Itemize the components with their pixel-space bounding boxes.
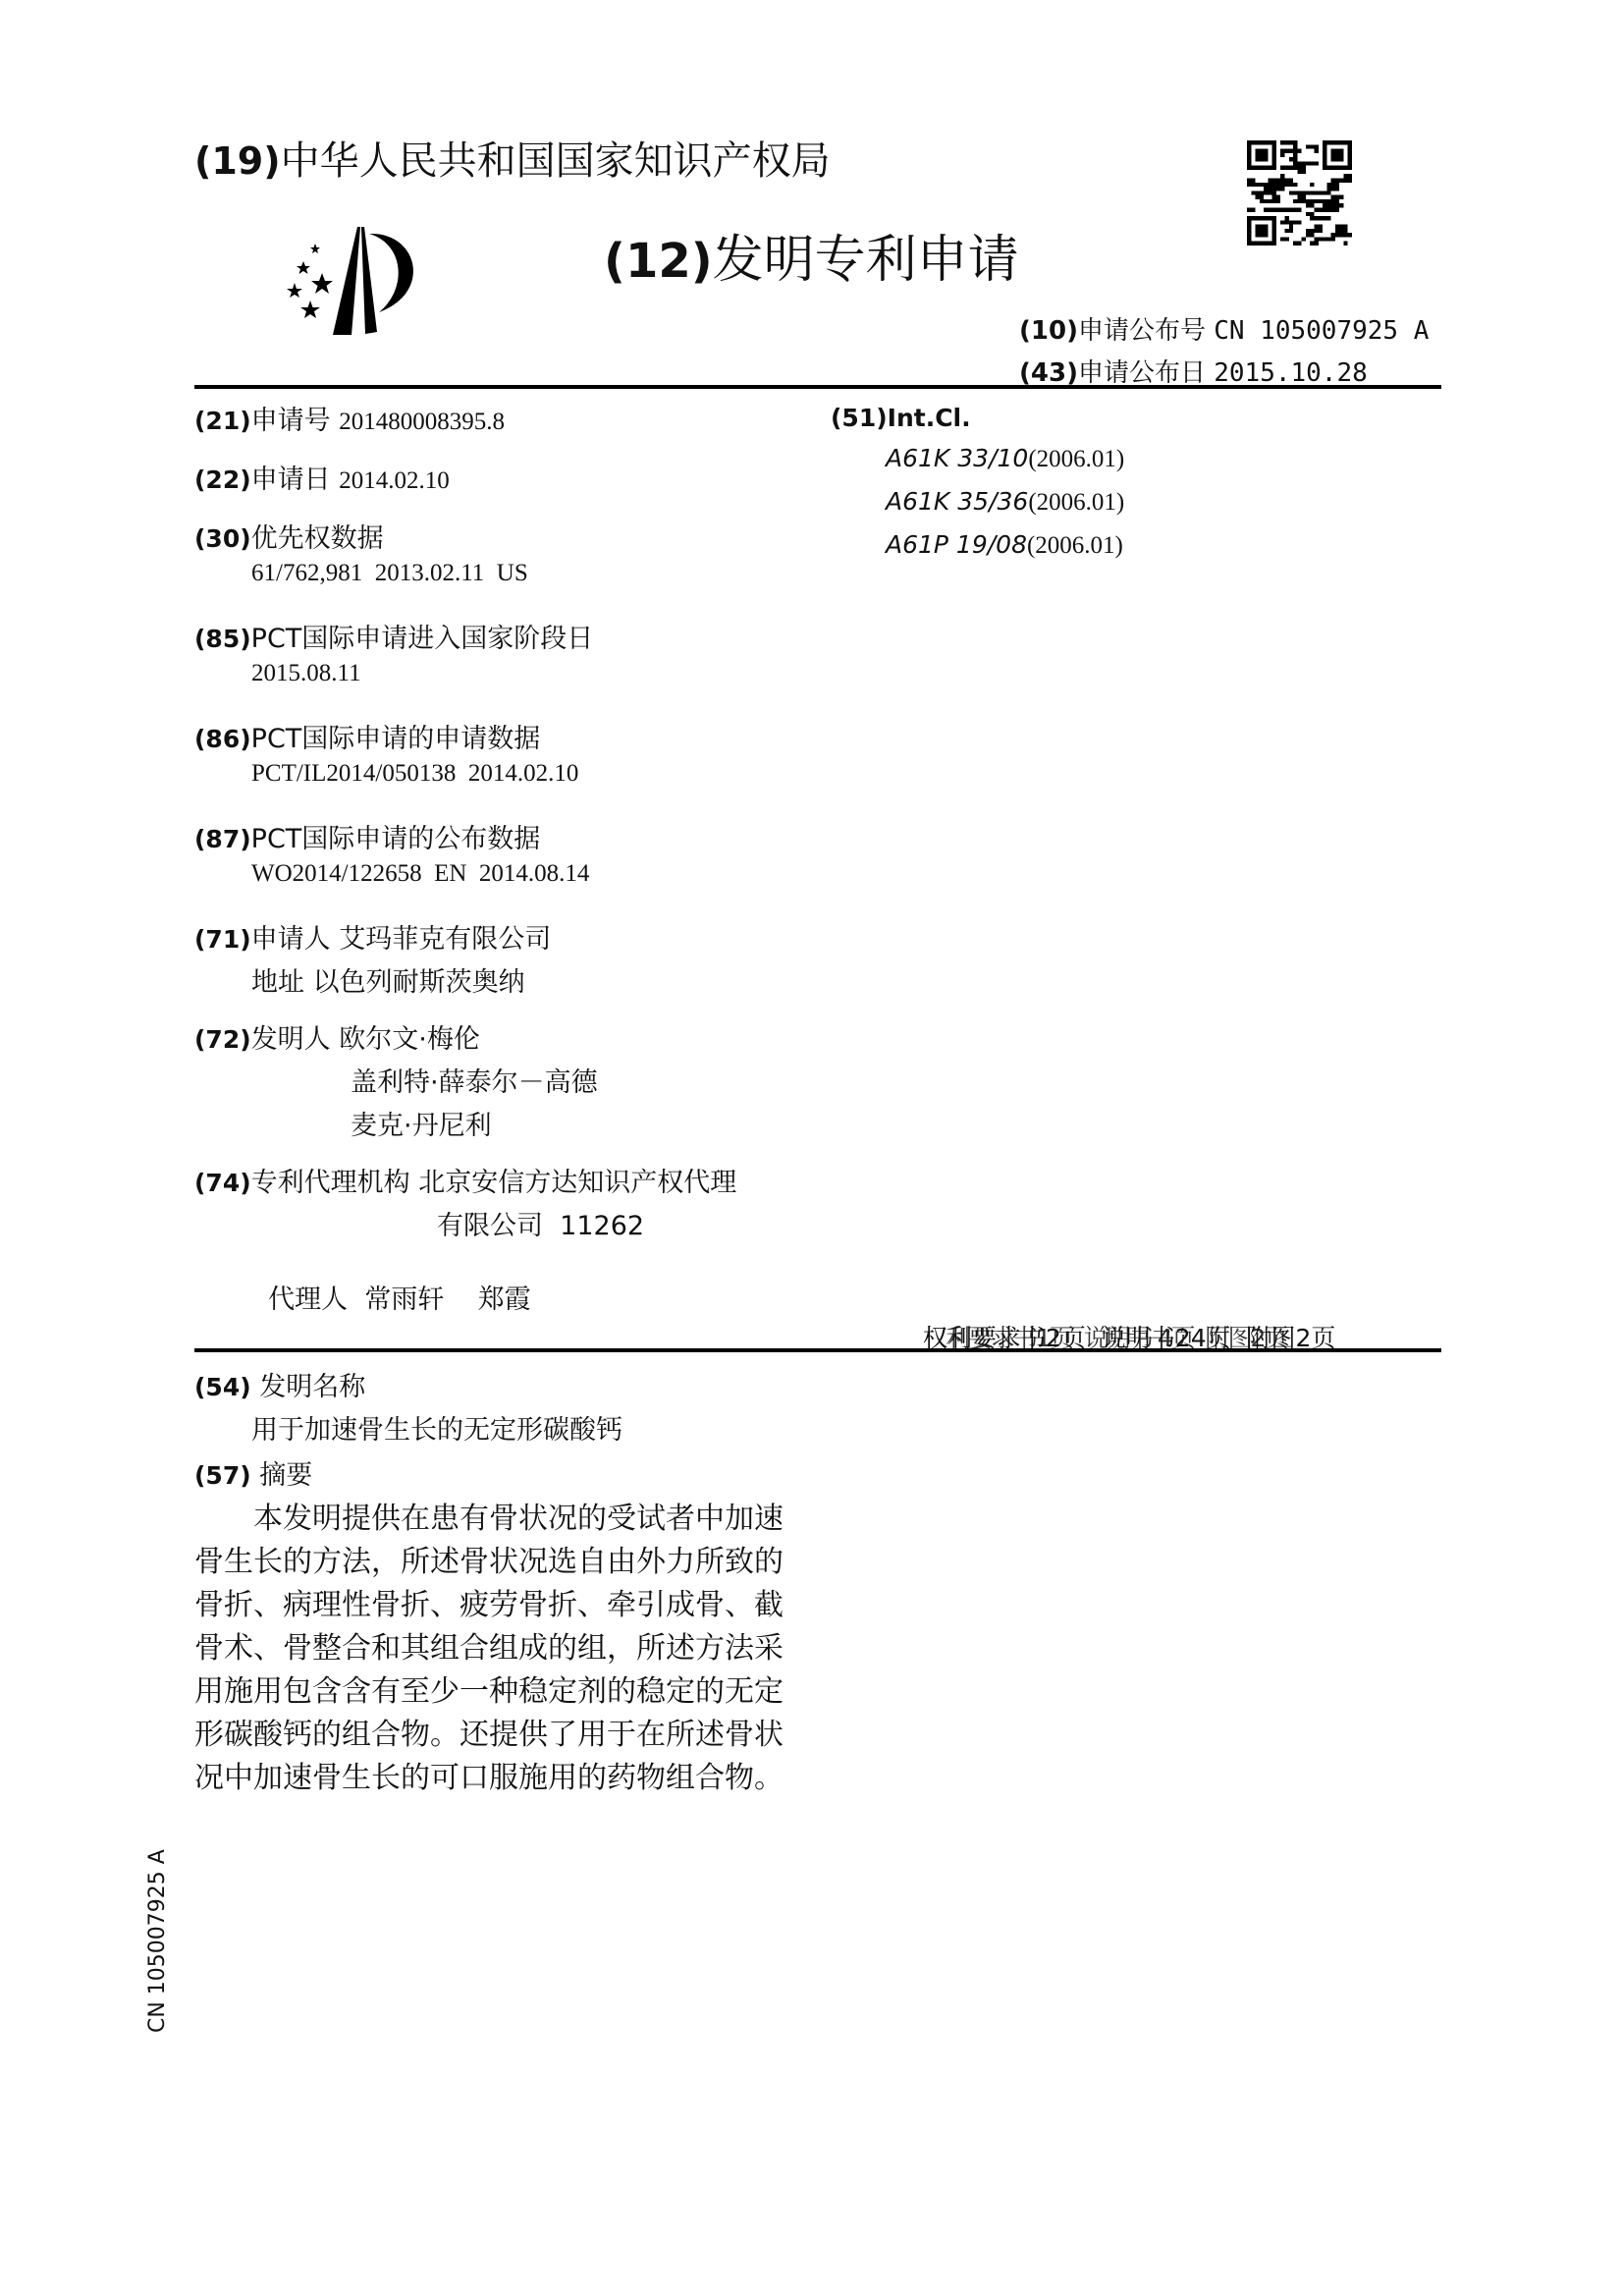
agency-name: 北京安信方达知识产权代理: [418, 1168, 736, 1198]
field-label: 专利代理机构: [251, 1168, 410, 1198]
agency-field: (74)专利代理机构 北京安信方达知识产权代理: [194, 1161, 736, 1199]
field-value: 2014.02.10: [339, 467, 450, 494]
field-label: PCT国际申请的申请数据: [251, 724, 541, 754]
publication-number-code: (10): [1019, 316, 1078, 346]
abstract-field: (57) 摘要: [194, 1453, 312, 1492]
field-label: PCT国际申请的公布数据: [251, 824, 541, 854]
publication-date-value: 2015.10.28: [1214, 358, 1368, 388]
application-number-field: (21)申请号 201480008395.8: [194, 399, 505, 437]
field-code: (30): [194, 524, 251, 553]
ipc-version: (2006.01): [1028, 446, 1124, 472]
cnipa-logo-icon: [271, 224, 418, 337]
document-kind: (12)发明专利申请: [604, 218, 1019, 292]
ipc-item: A61P 19/08(2006.01): [886, 530, 1123, 560]
applicant-name: 艾玛菲克有限公司: [339, 924, 551, 955]
filing-date-field: (22)申请日 2014.02.10: [194, 458, 450, 496]
pct-national-phase-value: 2015.08.11: [251, 660, 361, 687]
priority-value: 61/762,981 2013.02.11 US: [251, 560, 528, 587]
pct-publication-field: (87)PCT国际申请的公布数据: [194, 817, 540, 855]
address-value: 以色列耐斯茨奥纳: [313, 967, 525, 998]
field-code: (72): [194, 1025, 251, 1054]
field-code: (22): [194, 465, 251, 494]
ipc-class: A61K 33/10: [886, 444, 1028, 472]
field-code: (87): [194, 825, 251, 853]
field-label: 申请号: [251, 406, 331, 436]
publication-number-label: 申请公布号: [1078, 316, 1206, 346]
field-label: 优先权数据: [251, 523, 384, 554]
publication-number-value: CN 105007925 A: [1214, 316, 1429, 346]
office-code: (19): [194, 139, 281, 183]
field-value: 201480008395.8: [339, 409, 505, 435]
field-code: (21): [194, 407, 251, 435]
ipc-item: A61K 33/10(2006.01): [886, 444, 1124, 473]
doc-kind-label: 发明专利申请: [713, 231, 1019, 290]
ipc-version: (2006.01): [1028, 489, 1124, 516]
field-code: (51): [831, 404, 888, 432]
field-label: 发明名称: [259, 1372, 365, 1402]
address-label: 地址: [251, 967, 304, 998]
publication-date: (43)申请公布日 2015.10.28: [1019, 353, 1368, 389]
field-label: 申请日: [251, 465, 331, 495]
pct-national-phase-field: (85)PCT国际申请进入国家阶段日: [194, 617, 593, 655]
ipc-item: A61K 35/36(2006.01): [886, 487, 1124, 517]
inventors-field: (72)发明人 欧尔文·梅伦: [194, 1017, 480, 1056]
field-label: 摘要: [259, 1460, 312, 1491]
section-divider: [194, 1348, 1441, 1352]
ipc-class: A61K 35/36: [886, 487, 1028, 516]
field-code: (71): [194, 925, 251, 954]
publication-date-code: (43): [1019, 358, 1078, 388]
pct-publication-value: WO2014/122658 EN 2014.08.14: [251, 860, 589, 888]
field-label: 发明人: [251, 1024, 331, 1055]
agent-label: 代理人: [268, 1285, 348, 1315]
inventor-name: 盖利特·薛泰尔－高德: [351, 1061, 598, 1099]
qr-code-icon[interactable]: [1247, 140, 1352, 246]
agent-names: 常雨轩 郑霞: [364, 1285, 530, 1315]
agents: 代理人 常雨轩 郑霞: [251, 1247, 531, 1316]
side-publication-id: CN 105007925 A: [145, 1849, 170, 2033]
publication-number: (10)申请公布号 CN 105007925 A: [1019, 310, 1429, 347]
ipc-version: (2006.01): [1027, 532, 1123, 559]
ipc-class: A61P 19/08: [886, 530, 1027, 559]
field-code: (85): [194, 625, 251, 653]
publication-date-label: 申请公布日: [1078, 358, 1206, 388]
doc-kind-code: (12): [604, 234, 713, 289]
field-label: PCT国际申请进入国家阶段日: [251, 624, 594, 654]
applicant-field: (71)申请人 艾玛菲克有限公司: [194, 917, 551, 956]
field-code: (57): [194, 1461, 251, 1490]
priority-field: (30)优先权数据: [194, 517, 384, 555]
invention-title: 用于加速骨生长的无定形碳酸钙: [251, 1408, 622, 1447]
issuing-office: (19)中华人民共和国国家知识产权局: [194, 130, 831, 186]
field-code: (54): [194, 1373, 251, 1401]
field-code: (86): [194, 725, 251, 753]
abstract-text: 本发明提供在患有骨状况的受试者中加速骨生长的方法，所述骨状况选自由外力所致的骨折…: [194, 1498, 808, 1800]
office-name: 中华人民共和国国家知识产权局: [281, 138, 831, 184]
invention-title-field: (54) 发明名称: [194, 1365, 365, 1403]
ipc-field: (51)Int.Cl.: [831, 403, 971, 433]
header-divider: [194, 385, 1441, 389]
field-label: Int.Cl.: [888, 404, 971, 432]
applicant-address: 地址 以色列耐斯茨奥纳: [251, 960, 525, 999]
field-code: (74): [194, 1169, 251, 1197]
pct-application-value: PCT/IL2014/050138 2014.02.10: [251, 760, 578, 788]
pct-application-field: (86)PCT国际申请的申请数据: [194, 717, 540, 755]
inventor-name: 麦克·丹尼利: [351, 1104, 492, 1142]
inventor-name: 欧尔文·梅伦: [339, 1024, 480, 1055]
agency-name-cont: 有限公司 11262: [437, 1204, 644, 1242]
field-label: 申请人: [251, 924, 331, 955]
